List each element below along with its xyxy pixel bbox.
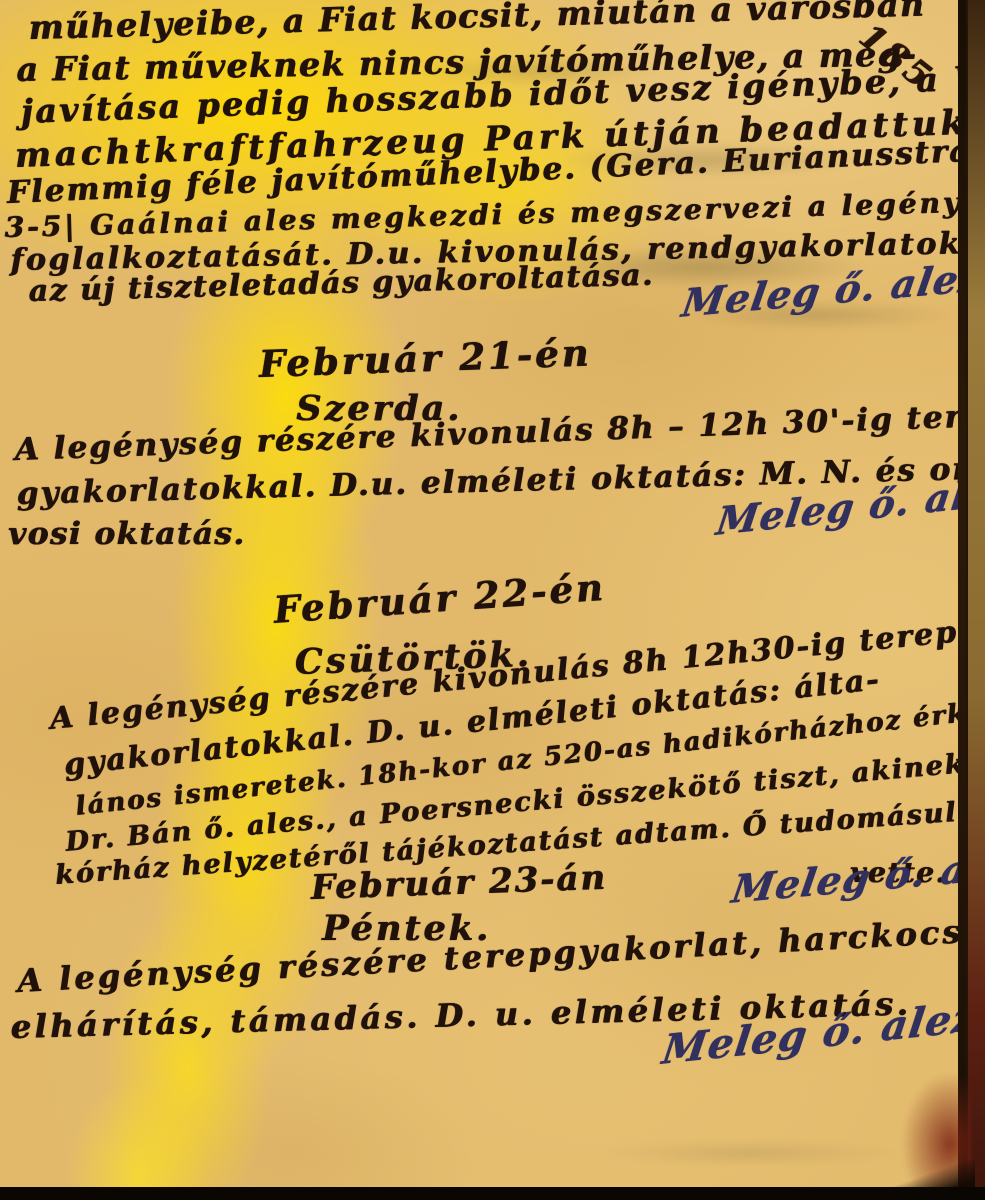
scan-edge-shadow (0, 1187, 985, 1200)
ink-smudge (600, 1140, 900, 1166)
handwritten-line: vosi oktatás. (8, 516, 245, 552)
diary-page-scan: 185 műhelyeibe, a Fiat kocsit, miután a … (0, 0, 985, 1200)
book-binding-edge (966, 0, 985, 1200)
